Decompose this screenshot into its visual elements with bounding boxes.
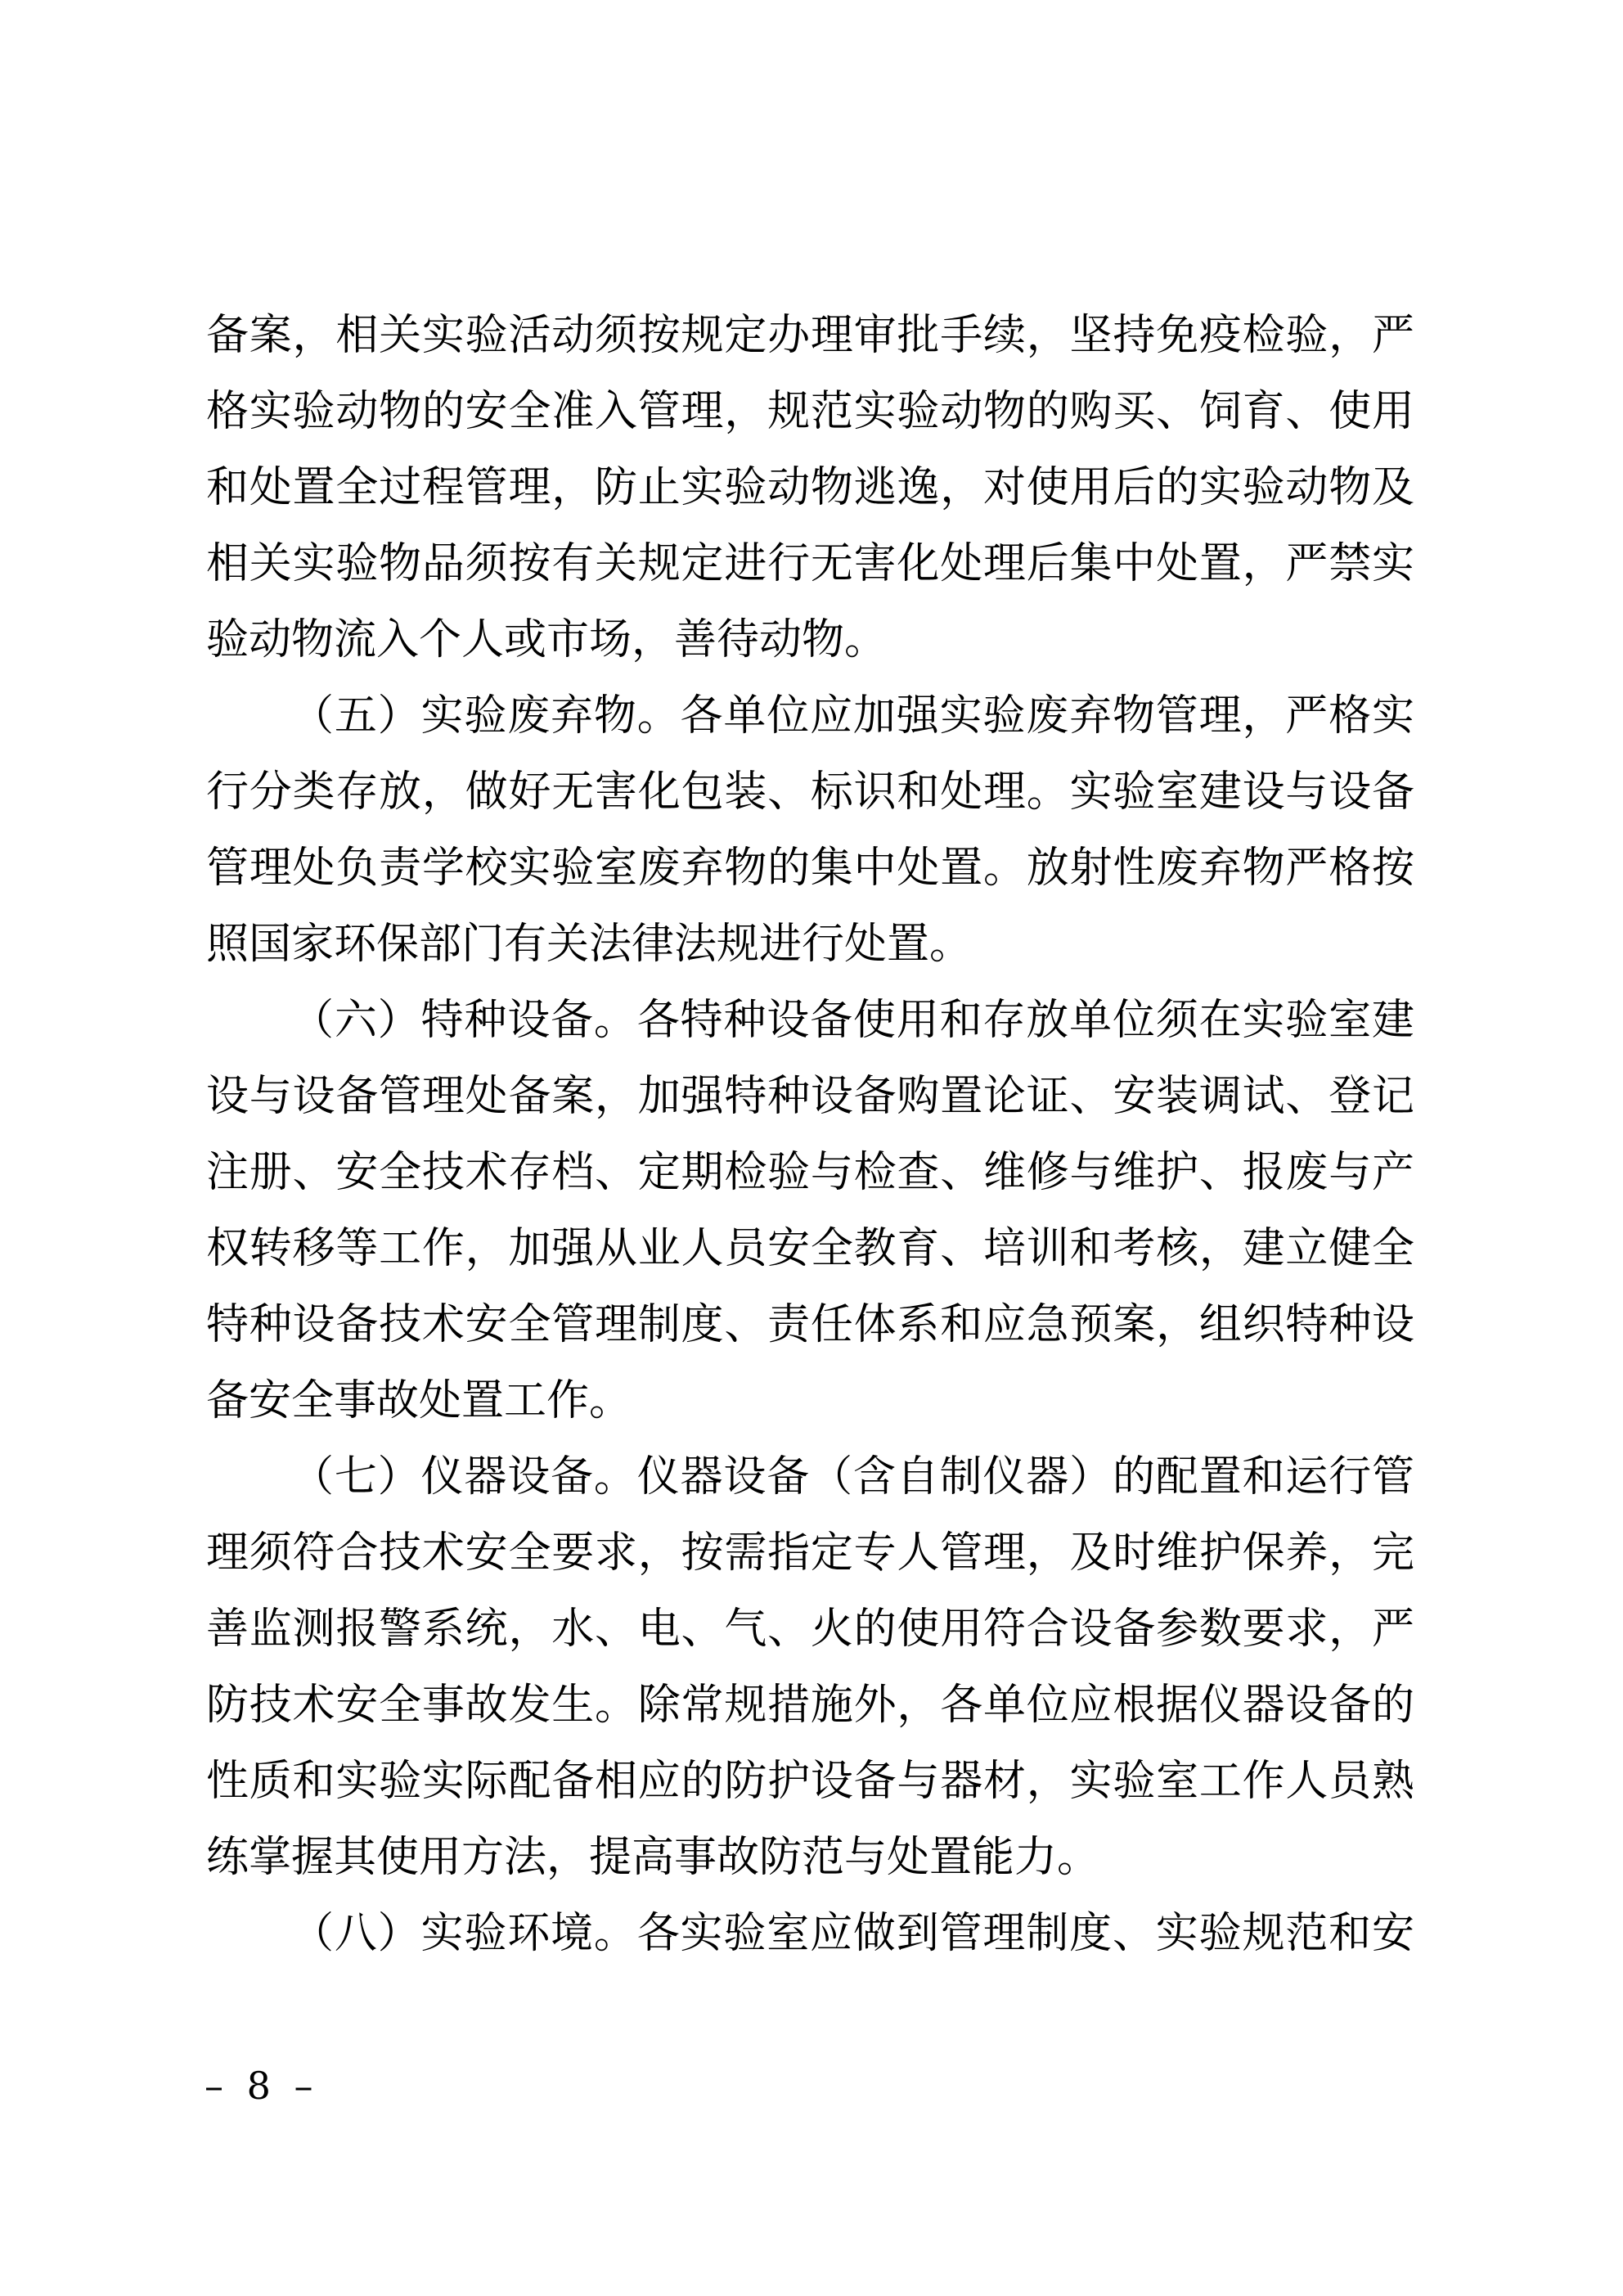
text-line: 注册、安全技术存档、定期检验与检查、维修与维护、报废与产 bbox=[206, 1135, 1414, 1211]
text-line: 练掌握其使用方法，提高事故防范与处置能力。 bbox=[206, 1820, 1414, 1896]
text-line: 照国家环保部门有关法律法规进行处置。 bbox=[206, 907, 1414, 983]
text-block: 备案，相关实验活动须按规定办理审批手续，坚持免疫检验，严 格实验动物的安全准入管… bbox=[206, 298, 1414, 1972]
text-line: 相关实验物品须按有关规定进行无害化处理后集中处置，严禁实 bbox=[206, 526, 1414, 602]
paragraph: 备案，相关实验活动须按规定办理审批手续，坚持免疫检验，严 格实验动物的安全准入管… bbox=[206, 298, 1414, 678]
text-line: 性质和实验实际配备相应的防护设备与器材，实验室工作人员熟 bbox=[206, 1744, 1414, 1820]
paragraph: （五）实验废弃物。各单位应加强实验废弃物管理，严格实 行分类存放，做好无害化包装… bbox=[206, 678, 1414, 983]
text-line: 管理处负责学校实验室废弃物的集中处置。放射性废弃物严格按 bbox=[206, 831, 1414, 907]
page-number: – 8 – bbox=[205, 2067, 313, 2105]
text-line: 和处置全过程管理，防止实验动物逃逸，对使用后的实验动物及 bbox=[206, 450, 1414, 526]
paragraph: （六）特种设备。各特种设备使用和存放单位须在实验室建 设与设备管理处备案，加强特… bbox=[206, 983, 1414, 1439]
text-line: 善监测报警系统，水、电、气、火的使用符合设备参数要求，严 bbox=[206, 1591, 1414, 1668]
text-line: 权转移等工作，加强从业人员安全教育、培训和考核，建立健全 bbox=[206, 1211, 1414, 1287]
text-line: 防技术安全事故发生。除常规措施外，各单位应根据仪器设备的 bbox=[206, 1668, 1414, 1744]
text-line: 备案，相关实验活动须按规定办理审批手续，坚持免疫检验，严 bbox=[206, 298, 1414, 374]
paragraph: （七）仪器设备。仪器设备（含自制仪器）的配置和运行管 理须符合技术安全要求，按需… bbox=[206, 1439, 1414, 1896]
text-line: 格实验动物的安全准入管理，规范实验动物的购买、饲育、使用 bbox=[206, 374, 1414, 450]
text-line: 备安全事故处置工作。 bbox=[206, 1363, 1414, 1439]
text-line: （七）仪器设备。仪器设备（含自制仪器）的配置和运行管 bbox=[206, 1439, 1414, 1515]
text-line: 验动物流入个人或市场，善待动物。 bbox=[206, 602, 1414, 678]
text-line: （六）特种设备。各特种设备使用和存放单位须在实验室建 bbox=[206, 983, 1414, 1059]
text-line: （五）实验废弃物。各单位应加强实验废弃物管理，严格实 bbox=[206, 678, 1414, 754]
text-line: 设与设备管理处备案，加强特种设备购置论证、安装调试、登记 bbox=[206, 1059, 1414, 1135]
text-line: （八）实验环境。各实验室应做到管理制度、实验规范和安 bbox=[206, 1896, 1414, 1972]
text-line: 理须符合技术安全要求，按需指定专人管理，及时维护保养，完 bbox=[206, 1515, 1414, 1591]
paragraph: （八）实验环境。各实验室应做到管理制度、实验规范和安 bbox=[206, 1896, 1414, 1972]
text-line: 特种设备技术安全管理制度、责任体系和应急预案，组织特种设 bbox=[206, 1287, 1414, 1363]
document-page: 备案，相关实验活动须按规定办理审批手续，坚持免疫检验，严 格实验动物的安全准入管… bbox=[0, 0, 1623, 2296]
text-line: 行分类存放，做好无害化包装、标识和处理。实验室建设与设备 bbox=[206, 754, 1414, 831]
